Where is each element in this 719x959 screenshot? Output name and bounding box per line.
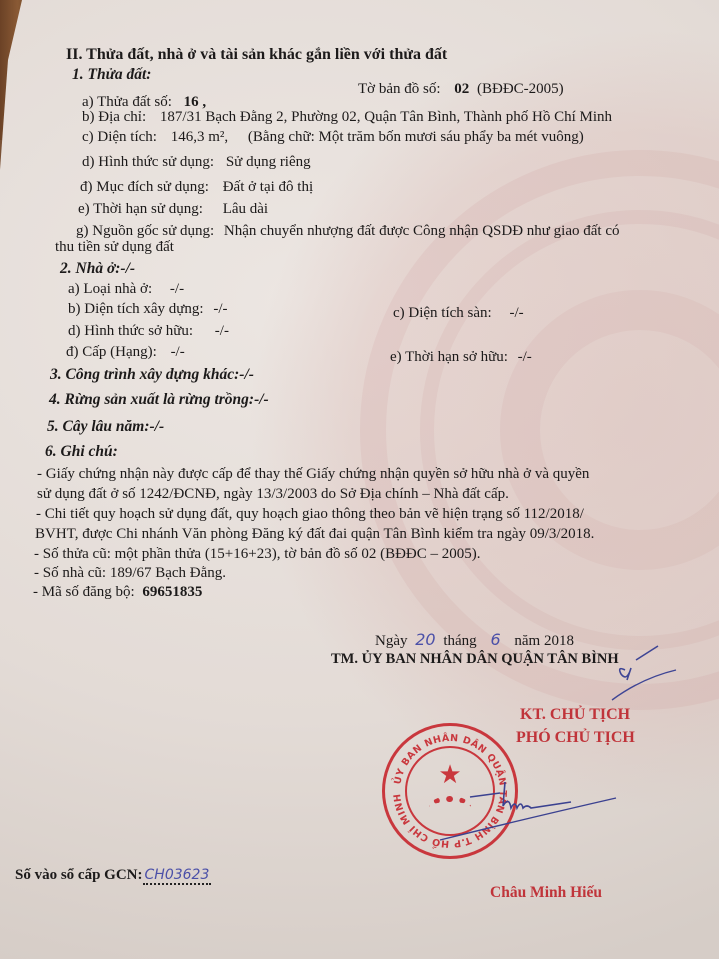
house-type-row: a) Loại nhà ở: -/- [68,280,184,298]
map-sheet-value: 02 [454,81,469,97]
term-label: e) Thời hạn sử dụng: [78,201,203,217]
area-label: c) Diện tích: [82,129,157,145]
note-line-1: - Giấy chứng nhận này được cấp để thay t… [37,465,589,483]
note-line-5: - Số thửa cũ: một phần thửa (15+16+23), … [34,545,480,563]
grade-value: -/- [171,344,185,360]
note-line-3: - Chi tiết quy hoạch sử dụng đất, quy ho… [36,505,584,523]
floor-area-value: -/- [509,305,523,321]
registry-label: - Mã số đăng bộ: [33,584,135,600]
area-row: c) Diện tích: 146,3 m², (Bằng chữ: Một t… [82,128,584,146]
house-type-value: -/- [170,281,184,297]
area-value: 146,3 m², [171,129,228,145]
address-row: b) Địa chỉ: 187/31 Bạch Đằng 2, Phường 0… [82,108,612,126]
ownership-form-label: d) Hình thức sở hữu: [68,323,193,339]
ownership-form-value: -/- [215,323,229,339]
star-icon: ★ [407,762,493,788]
ownership-term-label: e) Thời hạn sở hữu: [390,349,508,365]
purpose-row: đ) Mục đích sử dụng: Đất ở tại đô thị [80,178,313,196]
ownership-term-row: e) Thời hạn sở hữu: -/- [390,348,532,366]
registry-row: - Mã số đăng bộ: 69651835 [33,583,202,601]
production-forest: 4. Rừng sản xuất là rừng trồng:-/- [49,391,269,409]
perennial-trees: 5. Cây lâu năm:-/- [47,418,164,436]
floor-area-row: c) Diện tích sàn: -/- [393,304,524,322]
role-line-1: KT. CHỦ TỊCH [520,706,630,724]
floor-area-label: c) Diện tích sàn: [393,305,492,321]
section-title: II. Thửa đất, nhà ở và tài sản khác gắn … [66,46,447,64]
signer-name: Châu Minh Hiếu [490,884,602,902]
official-stamp: ỦY BAN NHÂN DÂN QUẬN TÂN BÌNH T.P HỒ CHÍ… [382,723,518,859]
watermark-drum-middle [420,210,719,650]
origin-value-line2: thu tiền sử dụng đất [55,238,174,256]
origin-value-line1: Nhận chuyển nhượng đất được Công nhận QS… [224,223,620,239]
term-row: e) Thời hạn sử dụng: Lâu dài [78,200,268,218]
ownership-term-value: -/- [518,349,532,365]
usage-form-label: d) Hình thức sử dụng: [82,154,214,170]
certificate-entry-label: Số vào sổ cấp GCN: [15,867,143,883]
date-prefix: Ngày [375,633,408,649]
note-line-4: BVHT, được Chi nhánh Văn phòng Đăng ký đ… [35,525,594,543]
date-month: 6 [490,630,500,649]
certificate-entry-value: CH03623 [143,868,212,885]
ownership-form-row: d) Hình thức sở hữu: -/- [68,322,229,340]
date-day: 20 [415,630,435,649]
issue-date: Ngày 20 tháng 6 năm 2018 [375,631,574,650]
map-sheet: Tờ bản đồ số: 02 (BĐĐC-2005) [358,80,564,98]
usage-form-row: d) Hình thức sử dụng: Sử dụng riêng [82,153,311,171]
term-value: Lâu dài [223,201,268,217]
role-line-2: PHÓ CHỦ TỊCH [516,729,635,747]
origin-label: g) Nguồn gốc sử dụng: [76,223,214,239]
certificate-entry: Số vào sổ cấp GCN:CH03623 [15,866,211,885]
build-area-row: b) Diện tích xây dựng: -/- [68,300,228,318]
notes-heading: 6. Ghi chú: [45,443,118,461]
gear-icon [429,796,471,818]
address-label: b) Địa chỉ: [82,109,146,125]
land-heading: 1. Thửa đất: [72,66,151,84]
build-area-value: -/- [213,301,227,317]
month-prefix: tháng [443,633,476,649]
stamp-emblem: ★ [405,746,495,836]
note-line-2: sử dụng đất ở số 1242/ĐCNĐ, ngày 13/3/20… [37,485,509,503]
note-line-6: - Số nhà cũ: 189/67 Bạch Đằng. [34,564,226,582]
house-type-label: a) Loại nhà ở: [68,281,152,297]
date-year: 2018 [544,633,574,649]
build-area-label: b) Diện tích xây dựng: [68,301,204,317]
grade-label: đ) Cấp (Hạng): [66,344,157,360]
registry-value: 69651835 [142,584,202,600]
year-prefix: năm [514,633,540,649]
house-heading: 2. Nhà ở:-/- [60,260,135,278]
area-words: (Bằng chữ: Một trăm bốn mươi sáu phẩy ba… [248,129,584,145]
purpose-value: Đất ở tại đô thị [223,179,313,195]
grade-row: đ) Cấp (Hạng): -/- [66,343,185,361]
usage-form-value: Sử dụng riêng [226,154,311,170]
purpose-label: đ) Mục đích sử dụng: [80,179,209,195]
map-sheet-label: Tờ bản đồ số: [358,81,441,97]
address-value: 187/31 Bạch Đằng 2, Phường 02, Quận Tân … [160,109,612,125]
map-sheet-note: (BĐĐC-2005) [477,81,564,97]
authority-name: TM. ỦY BAN NHÂN DÂN QUẬN TÂN BÌNH [331,650,619,668]
other-construction: 3. Công trình xây dựng khác:-/- [50,366,254,384]
